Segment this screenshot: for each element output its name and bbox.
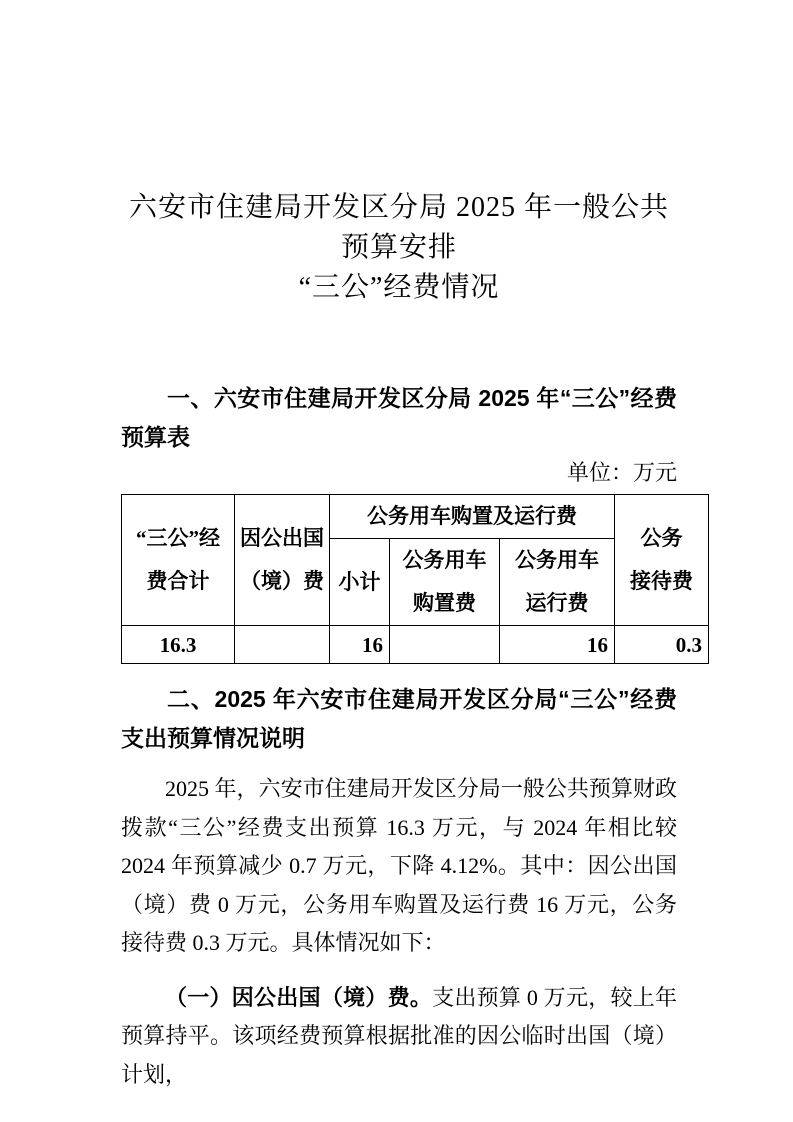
abroad-fee-paragraph-lead: （一）因公出国（境）费。 <box>165 985 432 1010</box>
table-data-row: 16.3 16 16 0.3 <box>122 626 709 664</box>
value-abroad <box>235 626 330 664</box>
abroad-fee-paragraph: （一）因公出国（境）费。支出预算 0 万元，较上年预算持平。该项经费预算根据批准… <box>121 979 677 1095</box>
value-reception: 0.3 <box>615 626 709 664</box>
table-header-row-1: “三公”经 费合计 因公出国 （境）费 公务用车购置及运行费 公务 接待费 <box>122 495 709 539</box>
header-total: “三公”经 费合计 <box>122 495 235 626</box>
header-vehicle-operation: 公务用车 运行费 <box>500 539 615 626</box>
section-1-heading: 一、六安市住建局开发区分局 2025 年“三公”经费预算表 <box>121 379 677 457</box>
value-vehicle-purchase <box>390 626 500 664</box>
header-abroad-fee: 因公出国 （境）费 <box>235 495 330 626</box>
value-vehicle-operation: 16 <box>500 626 615 664</box>
section-2-heading: 二、2025 年六安市住建局开发区分局“三公”经费支出预算情况说明 <box>121 680 677 758</box>
header-subtotal: 小计 <box>330 539 390 626</box>
table-unit-label: 单位：万元 <box>121 461 677 485</box>
value-total: 16.3 <box>122 626 235 664</box>
value-subtotal: 16 <box>330 626 390 664</box>
header-vehicle-group: 公务用车购置及运行费 <box>330 495 615 539</box>
document-title-line2: “三公”经费情况 <box>299 272 500 303</box>
header-reception-fee: 公务 接待费 <box>615 495 709 626</box>
budget-summary-paragraph: 2025 年，六安市住建局开发区分局一般公共预算财政拨款“三公”经费支出预算 1… <box>121 770 677 963</box>
document-title-line1: 六安市住建局开发区分局 2025 年一般公共预算安排 <box>129 192 669 263</box>
document-page: 六安市住建局开发区分局 2025 年一般公共预算安排 “三公”经费情况 一、六安… <box>0 0 793 1122</box>
document-title: 六安市住建局开发区分局 2025 年一般公共预算安排 “三公”经费情况 <box>121 188 677 308</box>
three-public-budget-table: “三公”经 费合计 因公出国 （境）费 公务用车购置及运行费 公务 接待费 小计… <box>121 494 709 664</box>
header-vehicle-purchase: 公务用车 购置费 <box>390 539 500 626</box>
